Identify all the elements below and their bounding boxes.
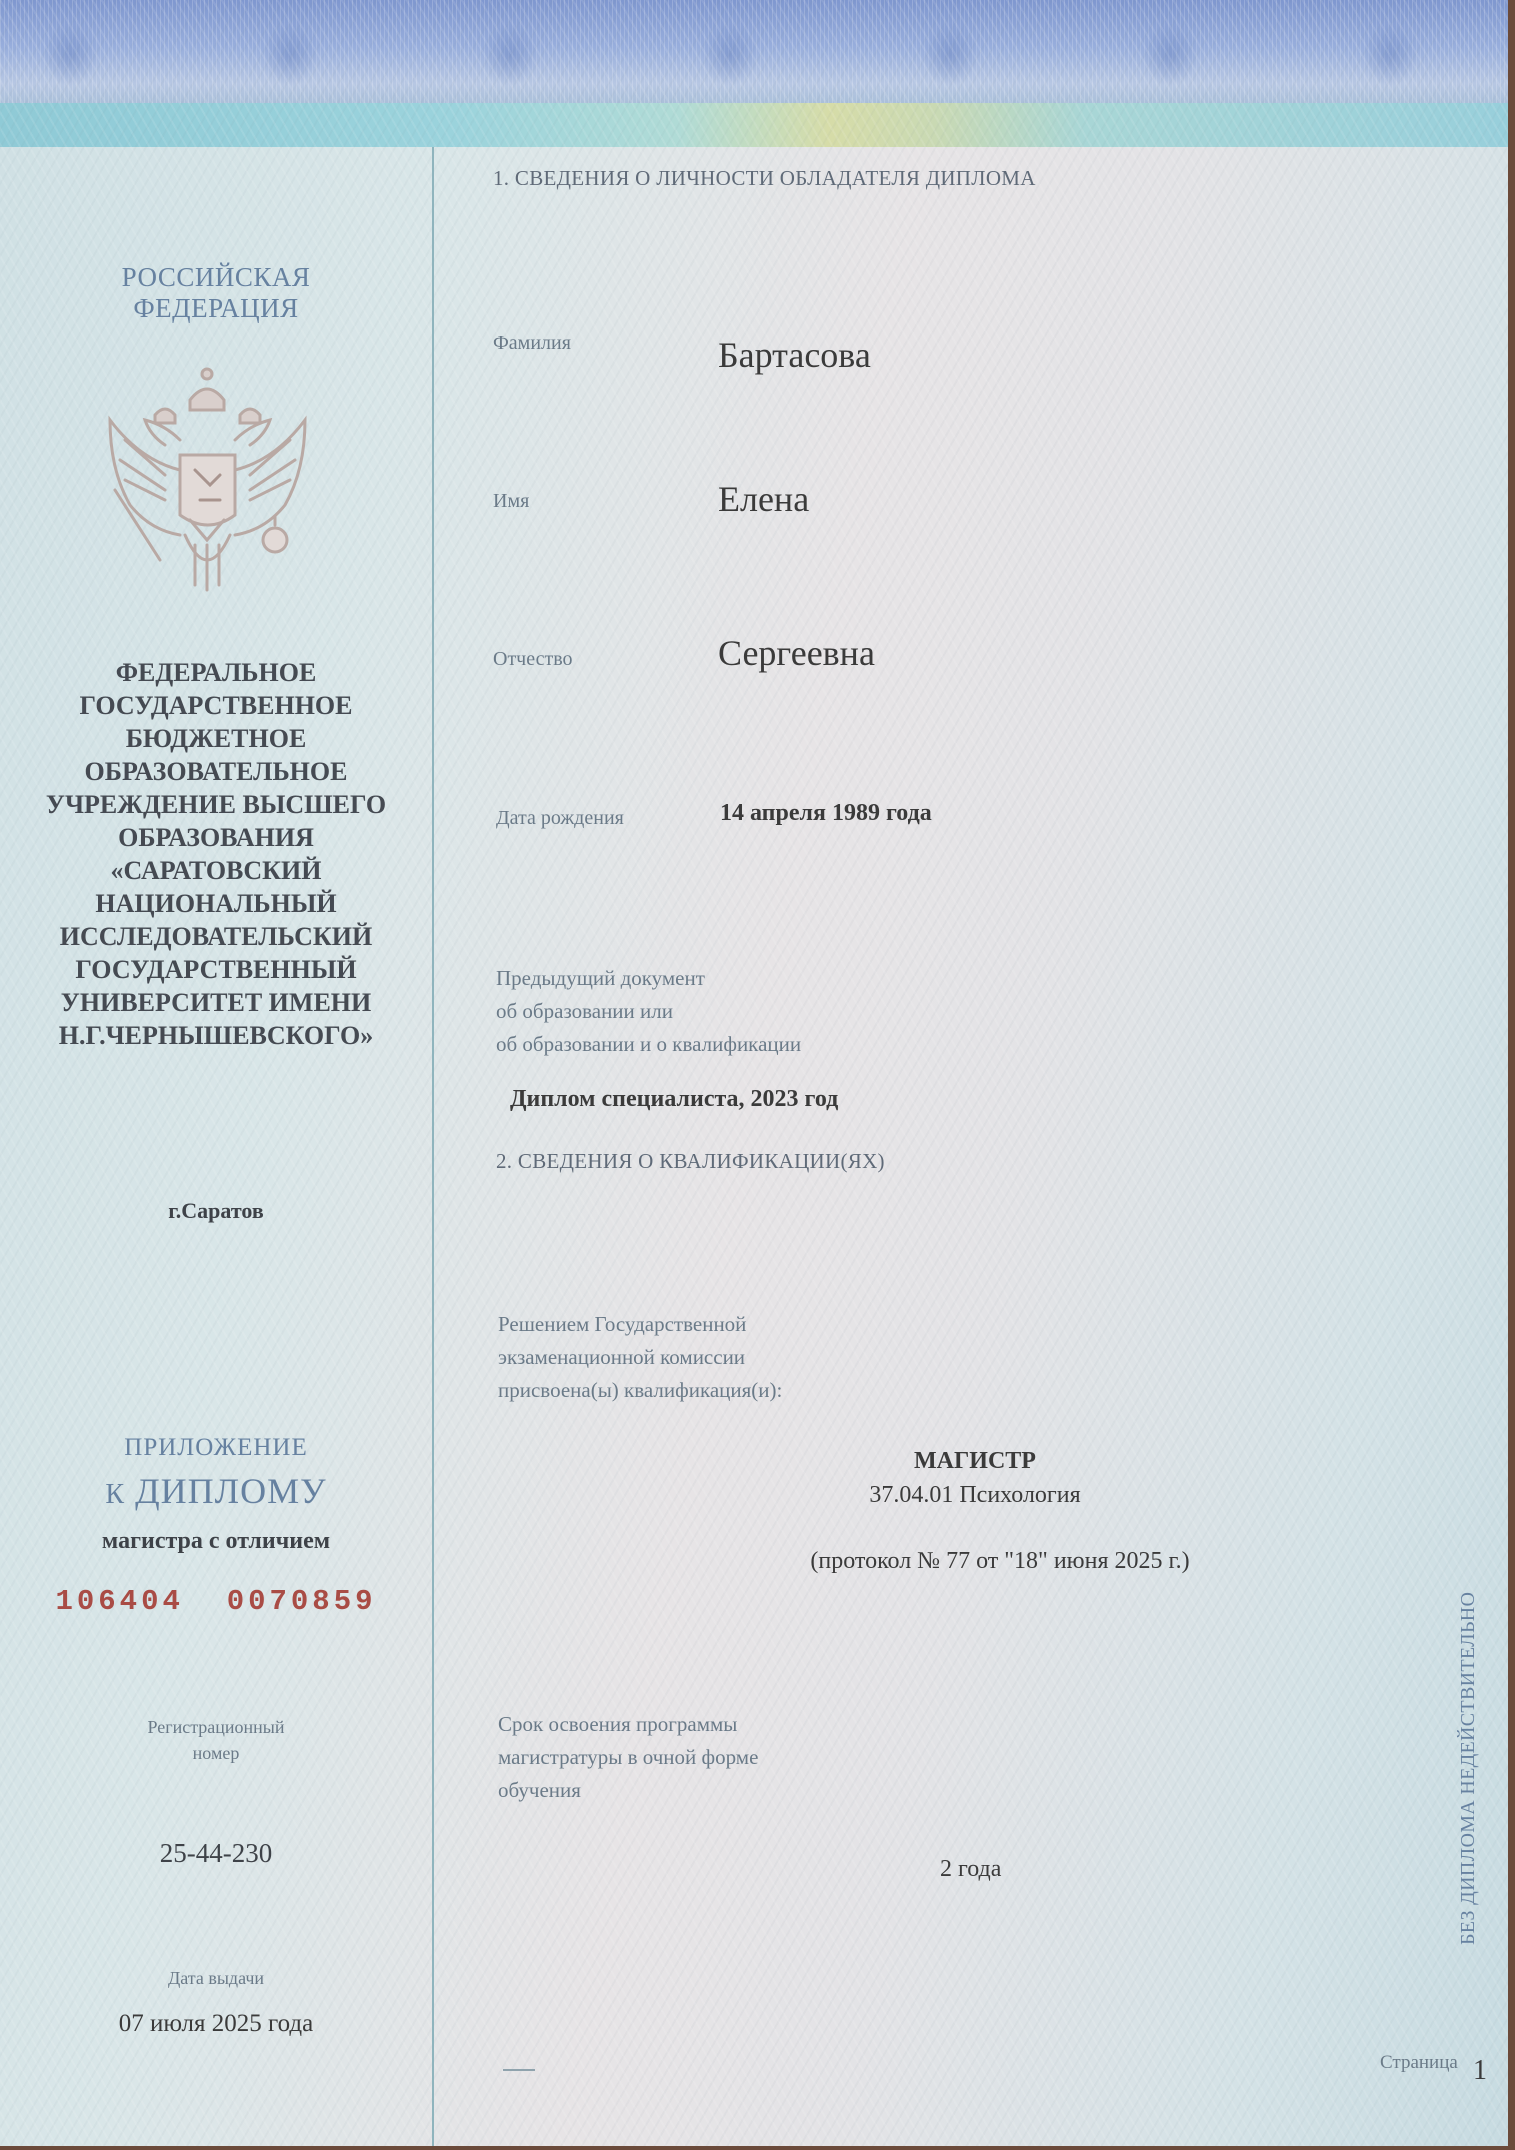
surname-value: Бартасова (718, 334, 871, 376)
prev-doc-label: Предыдущий документ об образовании или о… (496, 962, 801, 1061)
reg-number-label: Регистрационный номер (0, 1714, 432, 1766)
page-number: 1 (1473, 2055, 1487, 2087)
protocol: (протокол № 77 от "18" июня 2025 г.) (700, 1548, 1300, 1575)
appendix-title: ПРИЛОЖЕНИЕ (0, 1434, 432, 1462)
duration-label: Срок освоения программы магистратуры в о… (498, 1708, 758, 1807)
qualification: МАГИСТР (700, 1448, 1250, 1475)
surname-label: Фамилия (493, 332, 571, 355)
specialty: 37.04.01 Психология (700, 1482, 1250, 1509)
column-divider (432, 147, 434, 2146)
serial-number: 106404 0070859 (0, 1585, 432, 1618)
prev-doc-value: Диплом специалиста, 2023 год (510, 1086, 838, 1113)
reg-number: 25-44-230 (0, 1838, 432, 1869)
diploma-appendix-sheet: РОССИЙСКАЯ ФЕДЕРАЦИЯ (0, 0, 1508, 2146)
issue-date: 07 июля 2025 года (0, 2010, 432, 2038)
section2-title: 2. СВЕДЕНИЯ О КВАЛИФИКАЦИИ(ЯХ) (496, 1149, 885, 1174)
coat-of-arms-icon (95, 360, 320, 600)
birth-date-value: 14 апреля 1989 года (720, 800, 932, 827)
degree-note: магистра с отличием (0, 1528, 432, 1555)
dash-mark (503, 2069, 535, 2071)
patronymic-label: Отчество (493, 648, 573, 671)
organization-name: ФЕДЕРАЛЬНОЕ ГОСУДАРСТВЕННОЕ БЮДЖЕТНОЕ ОБ… (0, 656, 432, 1052)
birth-date-label: Дата рождения (496, 807, 624, 830)
patronymic-value: Сергеевна (718, 632, 875, 674)
validity-note: БЕЗ ДИПЛОМА НЕДЕЙСТВИТЕЛЬНО (1457, 1592, 1480, 1945)
rainbow-security-stripe (0, 103, 1508, 147)
city: г.Саратов (0, 1198, 432, 1224)
appendix-to-diploma: К ДИПЛОМУ (0, 1470, 432, 1512)
name-label: Имя (493, 490, 529, 513)
section1-title: 1. СВЕДЕНИЯ О ЛИЧНОСТИ ОБЛАДАТЕЛЯ ДИПЛОМ… (493, 166, 1036, 191)
issue-date-label: Дата выдачи (0, 1968, 432, 1989)
duration-value: 2 года (940, 1856, 1001, 1883)
page-label: Страница (1380, 2052, 1458, 2074)
guilloche-security-band (0, 0, 1508, 105)
country-title: РОССИЙСКАЯ ФЕДЕРАЦИЯ (0, 262, 432, 324)
name-value: Елена (718, 478, 809, 520)
decision-label: Решением Государственной экзаменационной… (498, 1308, 782, 1407)
